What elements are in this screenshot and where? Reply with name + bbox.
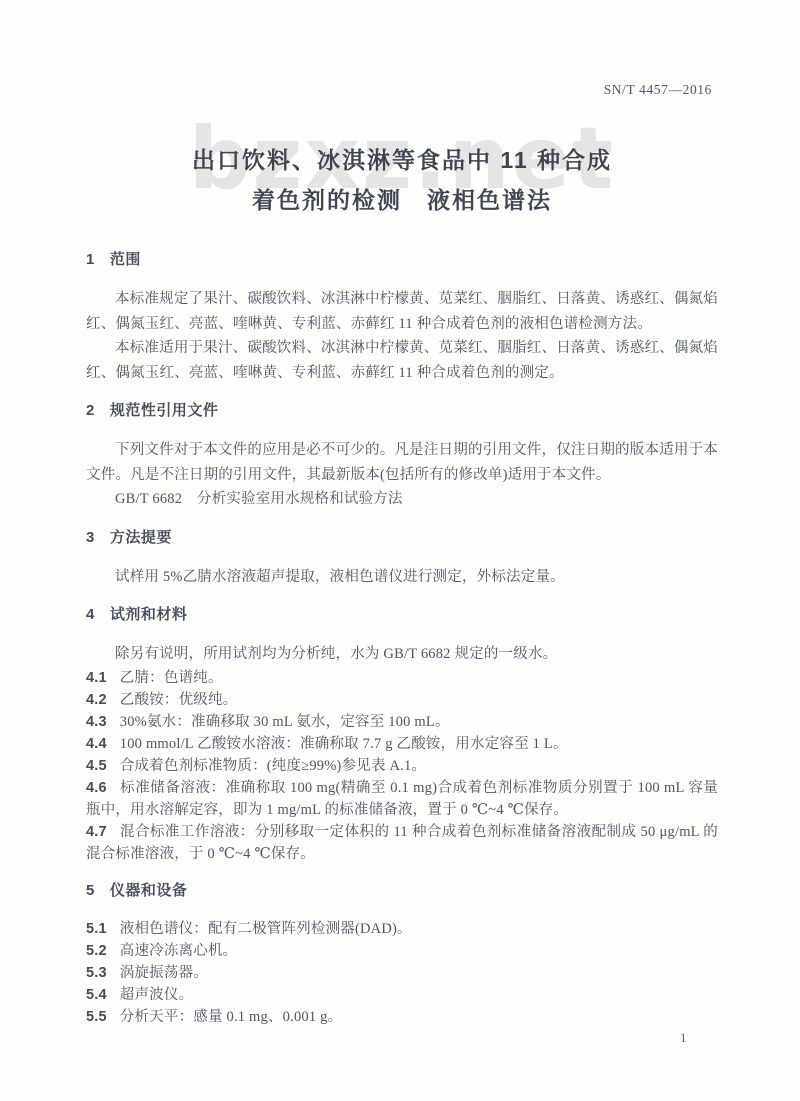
clause-item: 4.5合成着色剂标准物质：(纯度≥99%)参见表 A.1。 [86,755,718,777]
document-page: SN/T 4457—2016 bzxz.net 出口饮料、冰淇淋等食品中 11 … [0,0,800,1101]
clause-number: 5.3 [86,965,107,981]
clause-number: 5.5 [86,1009,107,1025]
section-heading: 1范围 [86,248,718,272]
section-title: 范围 [110,251,141,268]
clause-text: 分析天平：感量 0.1 mg、0.001 g。 [120,1009,343,1025]
paragraph: 试样用 5%乙腈水溶液超声提取，液相色谱仪进行测定，外标法定量。 [86,565,718,590]
clause-item: 4.2乙酸铵：优级纯。 [86,689,718,711]
clause-text: 标准储备溶液：准确称取 100 mg(精确至 0.1 mg)合成着色剂标准物质分… [86,780,718,818]
standard-code: SN/T 4457—2016 [86,82,718,98]
section-number: 4 [86,606,95,623]
clause-item: 5.1液相色谱仪：配有二极管阵列检测器(DAD)。 [86,918,718,940]
section-heading: 5仪器和设备 [86,879,718,903]
section-heading: 2规范性引用文件 [86,399,718,423]
doc-title-line-2: 着色剂的检测 液相色谱法 [86,180,718,220]
clause-number: 4.6 [86,780,107,796]
section-scope: 1范围 本标准规定了果汁、碳酸饮料、冰淇淋中柠檬黄、苋菜红、胭脂红、日落黄、诱惑… [86,248,718,385]
doc-title-line-1: 出口饮料、冰淇淋等食品中 11 种合成 [86,140,718,180]
page-number: 1 [680,1030,687,1046]
section-title: 仪器和设备 [110,882,188,899]
section-normative-references: 2规范性引用文件 下列文件对于本文件的应用是必不可少的。凡是注日期的引用文件，仅… [86,399,718,512]
reference-entry: GB/T 6682 分析实验室用水规格和试验方法 [86,487,718,512]
clause-item: 4.1乙腈：色谱纯。 [86,667,718,689]
clause-number: 4.1 [86,670,107,686]
section-instruments-equipment: 5仪器和设备 5.1液相色谱仪：配有二极管阵列检测器(DAD)。 5.2高速冷冻… [86,879,718,1028]
clause-number: 4.4 [86,736,107,752]
clause-number: 4.5 [86,758,107,774]
clause-text: 液相色谱仪：配有二极管阵列检测器(DAD)。 [120,921,412,937]
section-title: 规范性引用文件 [110,402,219,419]
clause-item: 4.7混合标准工作溶液：分别移取一定体积的 11 种合成着色剂标准储备溶液配制成… [86,821,718,865]
section-number: 1 [86,251,95,268]
clause-text: 100 mmol/L 乙酸铵水溶液：准确称取 7.7 g 乙酸铵，用水定容至 1… [120,736,568,752]
paragraph: 本标准适用于果汁、碳酸饮料、冰淇淋中柠檬黄、苋菜红、胭脂红、日落黄、诱惑红、偶氮… [86,336,718,385]
paragraph: 下列文件对于本文件的应用是必不可少的。凡是注日期的引用文件，仅注日期的版本适用于… [86,438,718,487]
clause-number: 4.2 [86,692,107,708]
paragraph: 除另有说明，所用试剂均为分析纯，水为 GB/T 6682 规定的一级水。 [86,642,718,667]
section-number: 2 [86,402,95,419]
section-method-summary: 3方法提要 试样用 5%乙腈水溶液超声提取，液相色谱仪进行测定，外标法定量。 [86,526,718,590]
section-number: 3 [86,529,95,546]
clause-text: 混合标准工作溶液：分别移取一定体积的 11 种合成着色剂标准储备溶液配制成 50… [86,824,718,862]
title-block: bzxz.net 出口饮料、冰淇淋等食品中 11 种合成 着色剂的检测 液相色谱… [86,130,718,234]
clause-text: 乙腈：色谱纯。 [120,670,223,686]
clause-text: 30%氨水：准确移取 30 mL 氨水，定容至 100 mL。 [120,714,450,730]
clause-text: 涡旋振荡器。 [120,965,208,981]
clause-text: 高速冷冻离心机。 [120,943,238,959]
section-reagents-materials: 4试剂和材料 除另有说明，所用试剂均为分析纯，水为 GB/T 6682 规定的一… [86,603,718,865]
clause-number: 4.3 [86,714,107,730]
clause-text: 超声波仪。 [120,987,194,1003]
paragraph: 本标准规定了果汁、碳酸饮料、冰淇淋中柠檬黄、苋菜红、胭脂红、日落黄、诱惑红、偶氮… [86,287,718,336]
clause-number: 4.7 [86,824,107,840]
clause-item: 5.2高速冷冻离心机。 [86,940,718,962]
clause-text: 乙酸铵：优级纯。 [120,692,238,708]
section-number: 5 [86,882,95,899]
section-heading: 3方法提要 [86,526,718,550]
clause-number: 5.1 [86,921,107,937]
clause-item: 5.5分析天平：感量 0.1 mg、0.001 g。 [86,1006,718,1028]
clause-item: 4.330%氨水：准确移取 30 mL 氨水，定容至 100 mL。 [86,711,718,733]
clause-item: 5.3涡旋振荡器。 [86,962,718,984]
section-title: 方法提要 [110,529,172,546]
clause-text: 合成着色剂标准物质：(纯度≥99%)参见表 A.1。 [120,758,426,774]
clause-number: 5.2 [86,943,107,959]
clause-number: 5.4 [86,987,107,1003]
section-title: 试剂和材料 [110,606,188,623]
clause-item: 4.4100 mmol/L 乙酸铵水溶液：准确称取 7.7 g 乙酸铵，用水定容… [86,733,718,755]
clause-item: 4.6标准储备溶液：准确称取 100 mg(精确至 0.1 mg)合成着色剂标准… [86,777,718,821]
clause-item: 5.4超声波仪。 [86,984,718,1006]
section-heading: 4试剂和材料 [86,603,718,627]
